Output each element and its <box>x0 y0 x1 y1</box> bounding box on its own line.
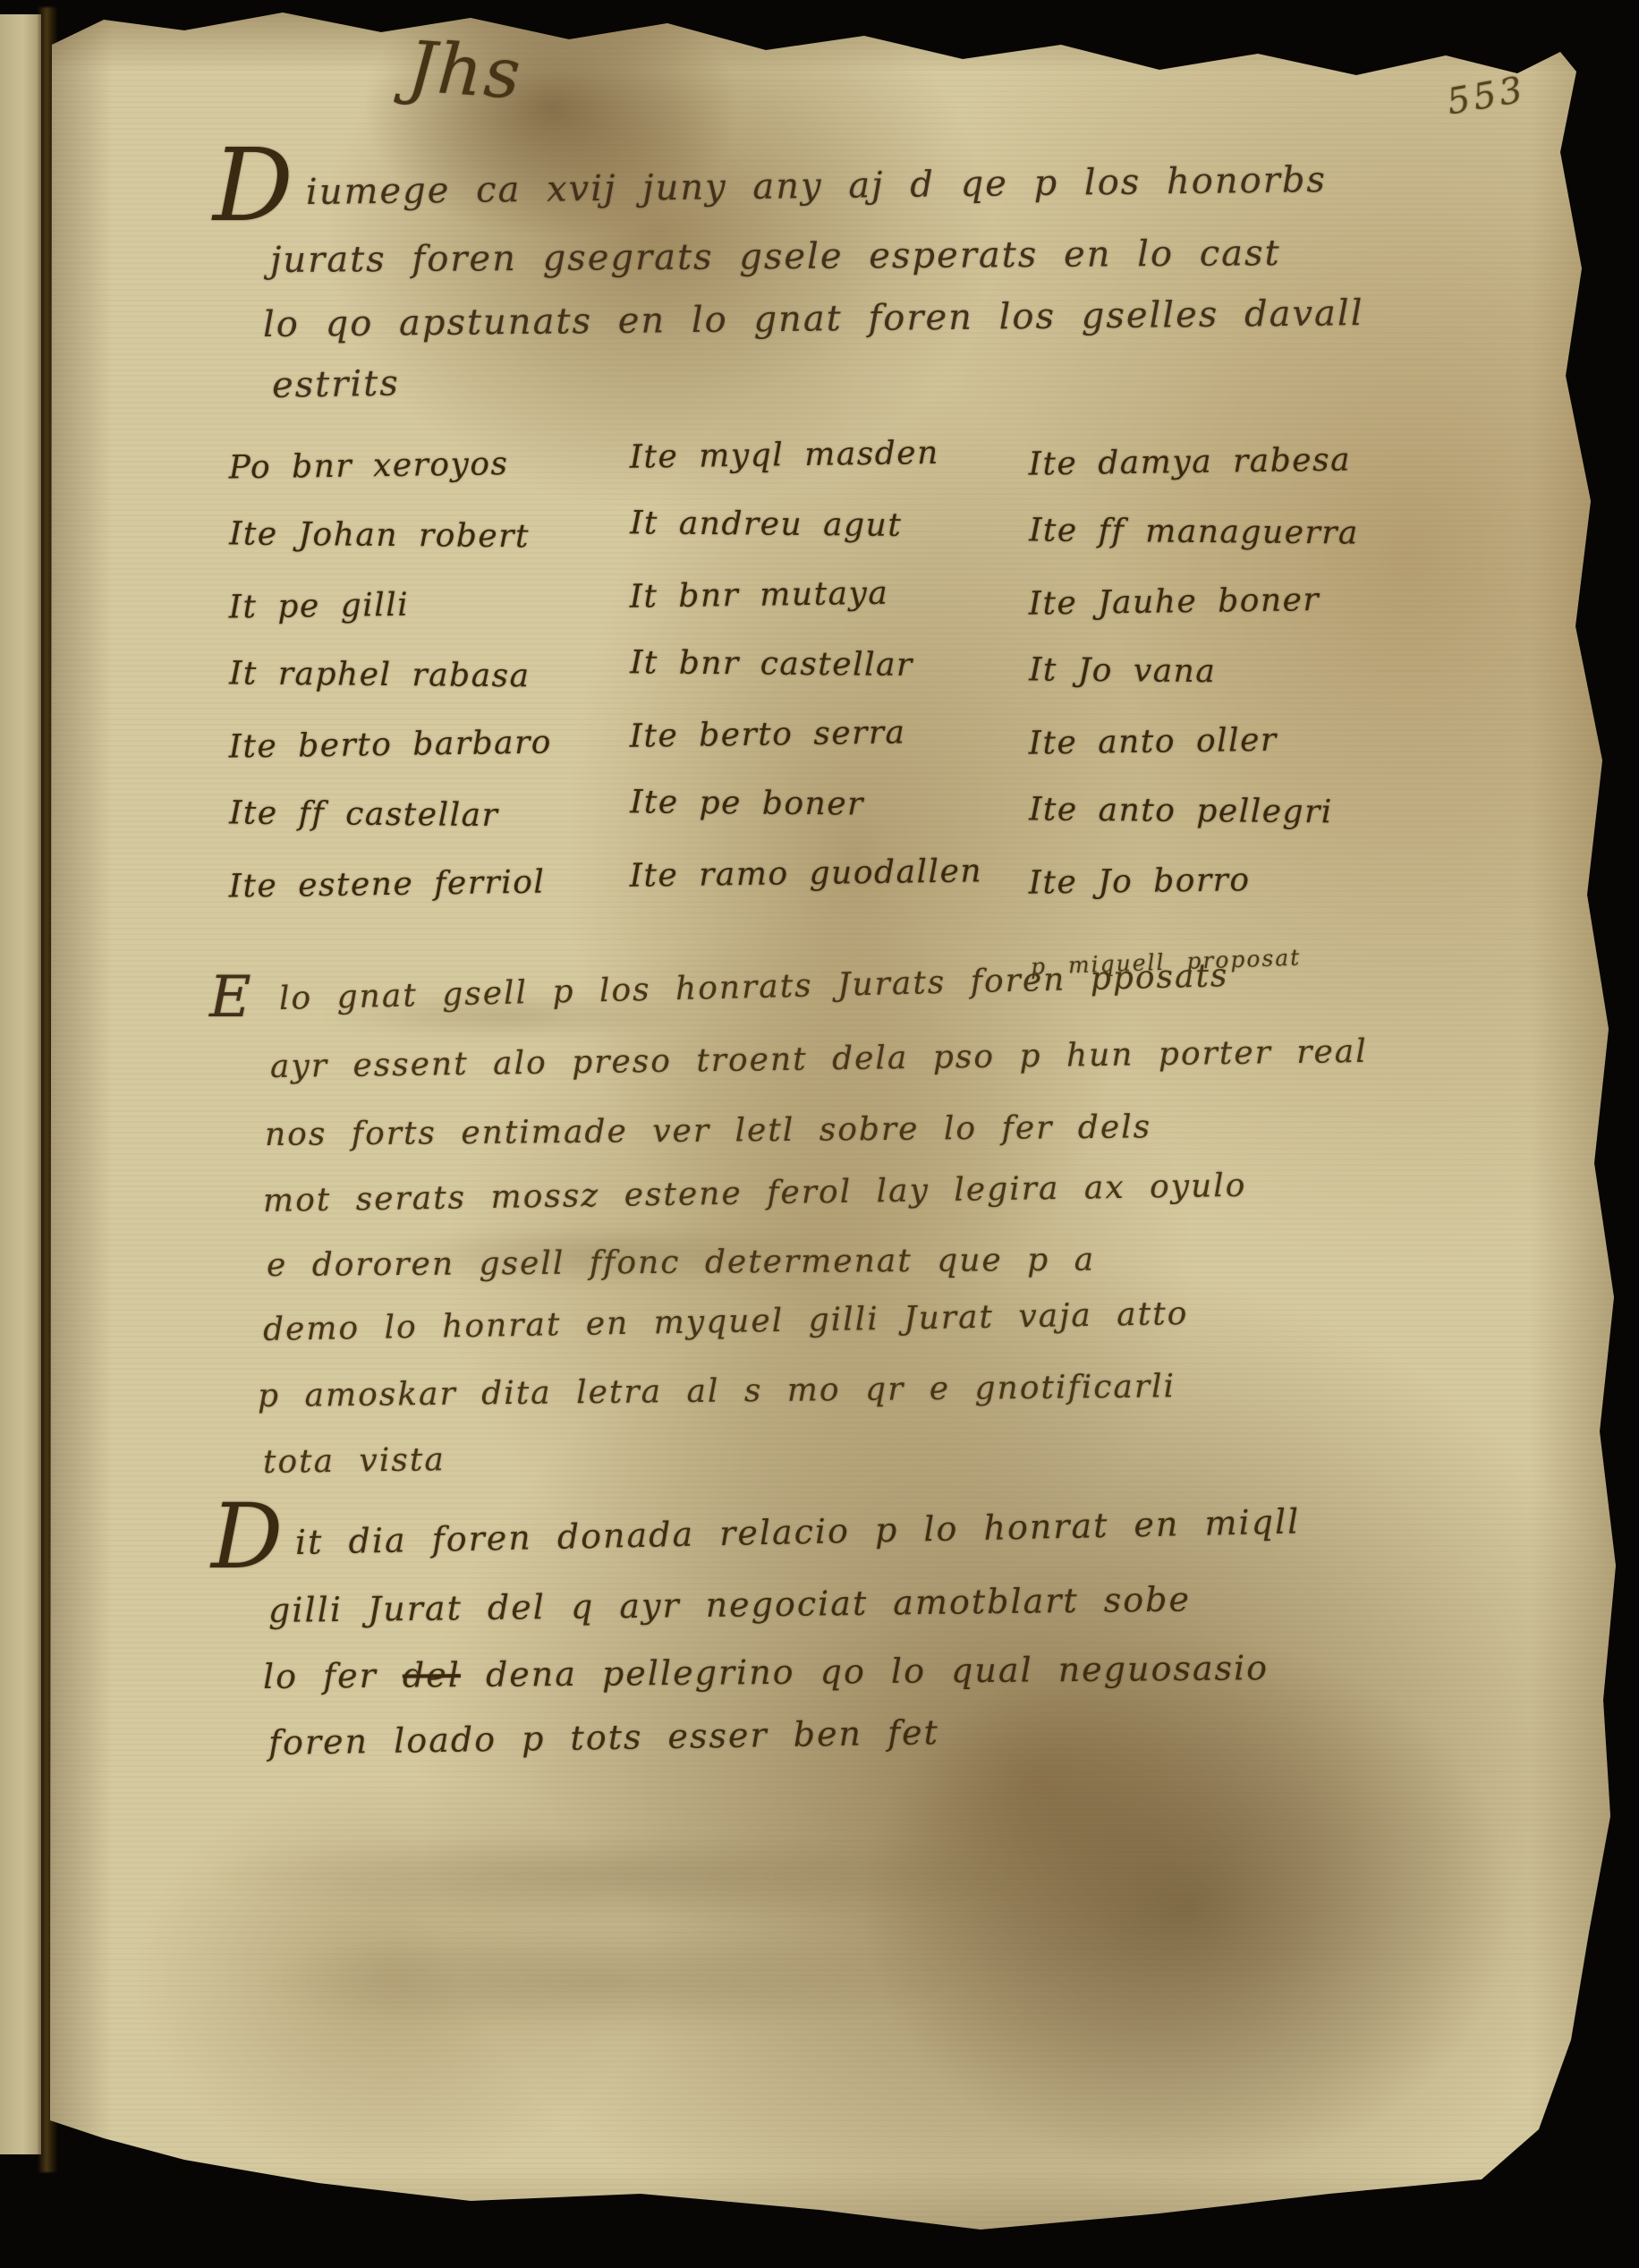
opening-line: estrits <box>272 363 401 406</box>
attendee-entry: Ite anto pellegri <box>1029 791 1359 863</box>
adjacent-page-edge <box>0 14 41 2154</box>
deliberation-line: nos forts entimade ver letl sobre lo fer… <box>265 1109 1151 1153</box>
attendee-entry: Ite ff castellar <box>229 794 553 867</box>
opening-line: lo qo apstunats en lo gnat foren los gse… <box>263 293 1364 345</box>
attendee-entry: Ite pe boner <box>630 784 983 856</box>
manuscript-page: Jhs 553 D iumege ca xvij juny any aj d q… <box>50 0 1628 2250</box>
strikethrough-word: del <box>403 1655 461 1695</box>
attendee-entry: It raphel rabasa <box>229 655 553 727</box>
attendee-entry: Ite damya rabesa <box>1028 441 1359 515</box>
attendee-entry: Po bnr xeroyos <box>228 445 552 519</box>
attendee-entry: Ite myql masden <box>629 434 982 508</box>
deliberation-line: mot serats mossz estene ferol lay legira… <box>263 1168 1247 1219</box>
ink-blot-right-edge <box>1604 543 1628 614</box>
resolution-line-post: dena pellegrino qo lo qual neguosasio <box>461 1648 1270 1695</box>
pencil-folio-number: 995. <box>142 2178 215 2213</box>
attendee-entry: Ite Jauhe boner <box>1028 581 1359 655</box>
deliberation-initial: E <box>209 964 253 1031</box>
resolution-line: gilli Jurat del q ayr negociat amotblart… <box>268 1579 1191 1630</box>
resolution-line-pre: lo fer <box>263 1656 403 1696</box>
attendee-entry: Ite estene ferriol <box>228 863 552 938</box>
attendee-entry: It Jo vana <box>1029 651 1359 724</box>
scan-background: Jhs 553 D iumege ca xvij juny any aj d q… <box>0 0 1639 2268</box>
bleedthrough-smudge <box>265 1932 945 2031</box>
attendee-entry: Ite ramo guodallen <box>629 853 982 927</box>
deliberation-line: tota vista <box>263 1441 446 1481</box>
deliberation-line: ayr essent alo preso troent dela pso p h… <box>270 1033 1368 1085</box>
attendee-column-1: Po bnr xeroyos Ite Johan robert It pe gi… <box>229 447 552 936</box>
bleedthrough-smudge <box>318 991 694 1041</box>
attendee-entry: It bnr mutaya <box>629 573 982 648</box>
ihs-monogram: Jhs <box>405 27 525 115</box>
resolution-line: foren loado p tots esser ben fet <box>268 1712 940 1763</box>
attendee-entry: Ite anto oller <box>1028 720 1359 794</box>
attendee-entry: It andreu agut <box>630 505 983 577</box>
resolution-line: lo fer del dena pellegrino qo lo qual ne… <box>263 1648 1269 1696</box>
opening-line: iumege ca xvij juny any aj d qe p los ho… <box>306 159 1327 213</box>
deliberation-line: p amoskar dita letra al s mo qr e gnotif… <box>258 1368 1176 1414</box>
deliberation-line: demo lo honrat en myquel gilli Jurat vaj… <box>263 1295 1189 1348</box>
attendee-entry: Ite berto serra <box>629 713 982 787</box>
opening-line: jurats foren gsegrats gsele esperats en … <box>270 233 1281 281</box>
bleedthrough-smudge <box>372 1224 837 1287</box>
bleedthrough-smudge <box>211 1836 1016 1916</box>
resolution-initial: D <box>211 1492 284 1582</box>
attendee-column-3: Ite damya rabesa Ite ff managuerra Ite J… <box>1029 444 1359 932</box>
folio-number: 553 <box>1444 69 1529 123</box>
attendee-entry: Ite Johan robert <box>229 515 553 588</box>
attendee-entry: It bnr castellar <box>630 644 983 717</box>
attendee-entry: Ite berto barbaro <box>228 724 552 798</box>
resolution-line: it dia foren donada relacio p lo honrat … <box>295 1501 1301 1562</box>
interlinear-insertion: p miquell proposat <box>1030 944 1301 980</box>
attendee-entry: Ite Jo borro <box>1028 860 1359 934</box>
opening-initial: D <box>213 136 295 236</box>
attendee-entry: Ite ff managuerra <box>1029 512 1359 584</box>
attendee-column-2: Ite myql masden It andreu agut It bnr mu… <box>630 437 982 925</box>
attendee-entry: It pe gilli <box>228 584 552 658</box>
